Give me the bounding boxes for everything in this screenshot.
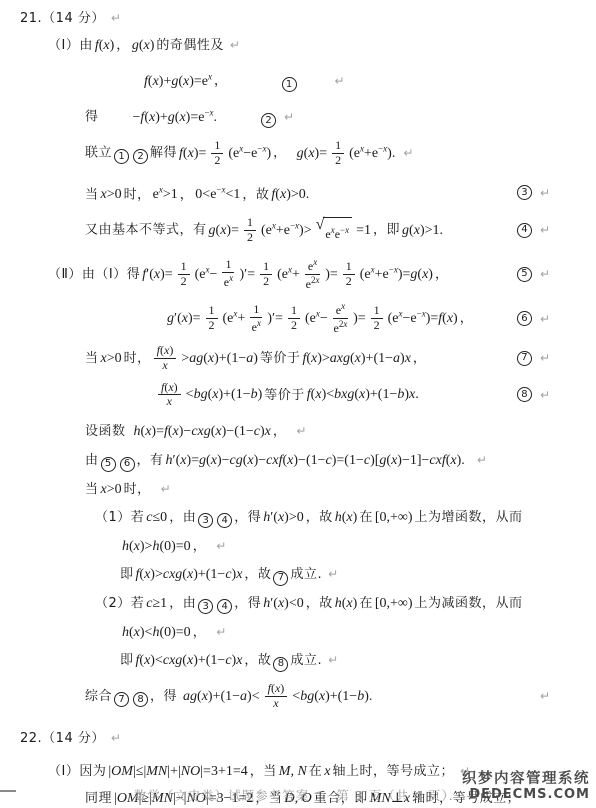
fraction-numerator: f(x): [154, 344, 177, 359]
radicand: exe−x: [323, 217, 352, 244]
line-content: h(x)>h(0)=0，↵: [120, 536, 226, 557]
math-run: h(x): [335, 596, 358, 611]
text-run: ，得: [150, 689, 177, 704]
fraction: 12: [332, 139, 344, 168]
fraction-numerator: 1: [244, 216, 256, 231]
fraction-denominator: 2: [291, 319, 297, 333]
paragraph-mark-icon: ↵: [210, 539, 226, 553]
math-run: f(x)>0.: [271, 187, 309, 202]
circled-number: 8: [133, 692, 148, 707]
text-run: 22.（14 分）: [20, 731, 105, 746]
math-run: g(x): [132, 38, 155, 53]
fraction: exe2x: [333, 301, 348, 336]
circled-number: 1: [282, 77, 297, 92]
text-run: 即: [120, 653, 134, 668]
text-run: ，故: [244, 567, 271, 582]
text-line: 当x>0时，ex>1，0<e−x<1，故f(x)>0.3↵: [0, 180, 596, 206]
text-line: （2）若c≥1，由34，得h′(x)<0，故h(x)在[0,+∞)上为减函数，从…: [0, 594, 596, 615]
math-run: |OM|≤|MN|+|NO|=3+1=4: [108, 764, 247, 779]
math-run: h(x)<h(0)=0: [122, 625, 191, 640]
math-run: −f(x)+g(x)=e−x.: [133, 110, 218, 125]
circled-number: 2: [261, 113, 276, 128]
text-run: ，: [273, 146, 287, 161]
paragraph-mark-icon: ↵: [534, 348, 550, 368]
fraction-denominator: x: [167, 395, 172, 409]
math-run: f(x)=: [179, 146, 206, 161]
text-run: ，: [193, 539, 207, 554]
circled-number: 3: [198, 599, 213, 614]
line-content: 当x>0时，ex>1，0<e−x<1，故f(x)>0.: [85, 180, 311, 206]
fraction: 12: [206, 304, 218, 333]
math-run: f(x)>axg(x)+(1−a)x: [302, 351, 410, 366]
circled-number: 7: [114, 692, 129, 707]
math-run: (ex+: [223, 311, 246, 326]
math-run: (ex+e−x)>: [261, 223, 312, 238]
fraction-denominator: 2: [247, 231, 253, 245]
math-run: (ex−e−x): [228, 146, 271, 161]
fraction-denominator: ex: [252, 318, 261, 335]
text-run: ，: [273, 424, 287, 439]
fraction: f(x)x: [154, 344, 177, 373]
equation-tag: 8↵: [515, 385, 550, 405]
square-root: √exe−x: [316, 217, 353, 244]
watermark-cn-text: 织梦内容管理系统: [462, 771, 590, 788]
text-run: 由: [85, 453, 99, 468]
fraction: f(x)x: [265, 682, 288, 711]
text-line: （Ⅱ）由（Ⅰ）得f′(x)=12(ex−1ex)′=12(ex+exe2x)=1…: [0, 257, 596, 292]
text-run: （Ⅱ）由（Ⅰ）得: [48, 267, 140, 282]
fraction-numerator: f(x): [265, 682, 288, 697]
fraction-numerator: 1: [250, 303, 262, 318]
math-run: f(x)+g(x)=ex: [144, 74, 212, 89]
line-content: （Ⅰ）由f(x)，g(x)的奇偶性及↵: [48, 35, 240, 56]
text-run: 即: [120, 567, 134, 582]
fraction: 12: [178, 260, 190, 289]
text-line: 联立12解得f(x)=12(ex−e−x)，g(x)=12(ex+e−x).↵: [0, 138, 596, 167]
text-line: （1）若c≤0，由34，得h′(x)>0，故h(x)在[0,+∞)上为增函数，从…: [0, 508, 596, 529]
paragraph-mark-icon: ↵: [105, 11, 121, 25]
paragraph-mark-icon: ↵: [278, 110, 294, 124]
math-run: c≥1: [146, 596, 167, 611]
fraction-denominator: 2: [374, 319, 380, 333]
math-run: g(x)>1.: [402, 223, 443, 238]
text-run: 在: [359, 510, 373, 525]
math-run: )=: [325, 267, 338, 282]
math-run: c≤0: [146, 510, 167, 525]
text-line: （Ⅰ）由f(x)，g(x)的奇偶性及↵: [0, 35, 596, 56]
text-run: 时，: [124, 351, 151, 366]
fraction-denominator: x: [162, 359, 167, 373]
text-run: ，即: [373, 223, 400, 238]
line-content: （Ⅱ）由（Ⅰ）得f′(x)=12(ex−1ex)′=12(ex+exe2x)=1…: [48, 257, 448, 292]
math-run: <bg(x)+(1−b).: [292, 689, 372, 704]
text-run: 等价于: [260, 351, 301, 366]
line-content: 得−f(x)+g(x)=e−x.2↵: [85, 102, 294, 128]
text-run: ，: [214, 74, 228, 89]
line-content: （1）若c≤0，由34，得h′(x)>0，故h(x)在[0,+∞)上为增函数，从…: [95, 508, 523, 529]
paragraph-mark-icon: ↵: [105, 731, 121, 745]
text-line: 得−f(x)+g(x)=e−x.2↵: [0, 102, 596, 128]
math-run: f′(x)=: [142, 267, 172, 282]
math-run: ag(x)+(1−a)<: [183, 689, 260, 704]
line-content: 当x>0时，f(x)x>ag(x)+(1−a)等价于f(x)>axg(x)+(1…: [85, 344, 426, 373]
text-run: 轴上时，等号成立；: [333, 764, 455, 779]
circled-number: 7: [273, 571, 288, 586]
text-run: ，得: [234, 510, 261, 525]
circled-number: 7: [517, 351, 532, 366]
text-run: 在: [309, 764, 323, 779]
circled-number: 3: [517, 185, 532, 200]
math-run: h(x)>h(0)=0: [122, 539, 191, 554]
text-run: ，故: [244, 653, 271, 668]
line-content: 联立12解得f(x)=12(ex−e−x)，g(x)=12(ex+e−x).↵: [85, 138, 413, 167]
text-line: 当x>0时，f(x)x>ag(x)+(1−a)等价于f(x)>axg(x)+(1…: [0, 344, 596, 373]
math-run: )′=: [239, 267, 255, 282]
line-content: 综合78，得ag(x)+(1−a)<f(x)x<bg(x)+(1−b).: [85, 682, 374, 711]
math-run: h(x)=f(x)−cxg(x)−(1−c)x: [134, 424, 271, 439]
line-content: 当x>0时，↵: [85, 479, 171, 500]
text-line: 即f(x)<cxg(x)+(1−c)x，故8成立.↵: [0, 650, 596, 672]
equation-tag: 6↵: [515, 309, 550, 329]
text-line: 综合78，得ag(x)+(1−a)<f(x)x<bg(x)+(1−b).↵: [0, 682, 596, 711]
equation-tag: 5↵: [515, 264, 550, 284]
fraction-denominator: ex: [224, 273, 233, 290]
fraction-denominator: 2: [209, 319, 215, 333]
text-run: ，由: [169, 596, 196, 611]
fraction-numerator: f(x): [158, 381, 181, 396]
math-run: M, N: [279, 764, 307, 779]
text-run: 等价于: [264, 387, 305, 402]
paragraph-mark-icon: ↵: [471, 453, 487, 467]
text-run: ，有: [137, 453, 164, 468]
line-content: 22.（14 分）↵: [20, 728, 121, 749]
text-run: （Ⅰ）因为: [48, 764, 106, 779]
fraction-numerator: ex: [305, 257, 320, 275]
circled-number: 3: [198, 513, 213, 528]
math-run: [0,+∞): [375, 510, 413, 525]
text-run: 当: [85, 351, 99, 366]
document-page: 21.（14 分）↵（Ⅰ）由f(x)，g(x)的奇偶性及↵f(x)+g(x)=e…: [0, 0, 596, 808]
line-content: 又由基本不等式，有g(x)=12(ex+e−x)>√exe−x=1，即g(x)>…: [85, 215, 445, 244]
paragraph-mark-icon: ↵: [534, 264, 550, 284]
text-run: ，由: [169, 510, 196, 525]
equation-tag: 4↵: [515, 220, 550, 240]
text-run: ，: [460, 311, 474, 326]
line-content: h(x)<h(0)=0，↵: [120, 622, 226, 643]
fraction-denominator: 2: [181, 275, 187, 289]
paragraph-mark-icon: ↵: [534, 183, 550, 203]
text-run: （Ⅰ）由: [48, 38, 93, 53]
fraction-numerator: 1: [222, 258, 234, 273]
text-run: 解得: [150, 146, 177, 161]
text-line: 21.（14 分）↵: [0, 8, 596, 29]
text-run: 上为增函数，从而: [415, 510, 523, 525]
text-run: （2）若: [95, 596, 144, 611]
math-run: 0<e−x<1: [195, 187, 240, 202]
fraction: 1ex: [250, 303, 262, 335]
paragraph-mark-icon: ↵: [224, 38, 240, 52]
circled-number: 6: [517, 311, 532, 326]
fraction-denominator: e2x: [306, 275, 320, 292]
fraction-numerator: 1: [178, 260, 190, 275]
math-run: [0,+∞): [375, 596, 413, 611]
circled-number: 4: [217, 599, 232, 614]
circled-number: 1: [114, 149, 129, 164]
text-run: 综合: [85, 689, 112, 704]
fraction-denominator: e2x: [333, 319, 347, 336]
text-line: 由56，有h′(x)=g(x)−cg(x)−cxf(x)−(1−c)=(1−c)…: [0, 450, 596, 472]
math-run: f(x): [95, 38, 114, 53]
math-run: g′(x)=: [167, 311, 201, 326]
circled-number: 2: [133, 149, 148, 164]
circled-number: 5: [517, 267, 532, 282]
spacer: [228, 84, 280, 85]
text-line: h(x)<h(0)=0，↵: [0, 622, 596, 643]
line-content: 由56，有h′(x)=g(x)−cg(x)−cxf(x)−(1−c)=(1−c)…: [85, 450, 487, 472]
text-run: 的奇偶性及: [156, 38, 224, 53]
math-run: (ex+e−x)=g(x): [360, 267, 433, 282]
text-run: ，: [116, 38, 130, 53]
text-line: 22.（14 分）↵: [0, 728, 596, 749]
text-run: 上为减函数，从而: [415, 596, 523, 611]
equation-tag: ↵: [534, 686, 550, 706]
solution-text: 21.（14 分）↵（Ⅰ）由f(x)，g(x)的奇偶性及↵f(x)+g(x)=e…: [0, 8, 596, 808]
text-run: ，: [413, 351, 427, 366]
line-content: f(x)x<bg(x)+(1−b)等价于f(x)<bxg(x)+(1−b)x.: [155, 381, 421, 410]
line-content: 即f(x)>cxg(x)+(1−c)x，故7成立.↵: [120, 564, 338, 586]
math-run: )′=: [267, 311, 283, 326]
text-run: 在: [359, 596, 373, 611]
paragraph-mark-icon: ↵: [534, 385, 550, 405]
spacer: [219, 120, 259, 121]
fraction-denominator: x: [273, 697, 278, 711]
math-run: (ex−: [305, 311, 328, 326]
text-run: 得: [85, 110, 99, 125]
fraction: f(x)x: [158, 381, 181, 410]
math-run: x>0: [101, 351, 122, 366]
text-run: 设函数: [85, 424, 126, 439]
math-run: h(x): [335, 510, 358, 525]
math-run: (ex−e−x)=f(x): [388, 311, 458, 326]
fraction-denominator: 2: [335, 154, 341, 168]
math-run: f(x)<cxg(x)+(1−c)x: [136, 653, 243, 668]
line-content: （Ⅰ）因为|OM|≤|MN|+|NO|=3+1=4，当M, N在x轴上时，等号成…: [48, 761, 470, 782]
watermark-en-text: DEDECMS.COM: [462, 788, 590, 803]
fraction: 12: [260, 260, 272, 289]
line-content: （2）若c≥1，由34，得h′(x)<0，故h(x)在[0,+∞)上为减函数，从…: [95, 594, 523, 615]
fraction-numerator: 1: [211, 139, 223, 154]
text-run: 又由基本不等式，有: [85, 223, 207, 238]
math-run: h′(x)=g(x)−cg(x)−cxf(x)−(1−c)=(1−c)[g(x)…: [166, 453, 465, 468]
text-line: 即f(x)>cxg(x)+(1−c)x，故7成立.↵: [0, 564, 596, 586]
math-run: ex>1: [153, 187, 178, 202]
math-run: h′(x)>0: [263, 510, 304, 525]
fraction: 12: [211, 139, 223, 168]
circled-number: 6: [120, 457, 135, 472]
math-run: f(x)<bxg(x)+(1−b)x.: [307, 387, 419, 402]
text-run: 时，: [124, 187, 151, 202]
text-line: 设函数h(x)=f(x)−cxg(x)−(1−c)x，↵: [0, 421, 596, 442]
circled-number: 5: [101, 457, 116, 472]
circled-number: 8: [273, 657, 288, 672]
text-line: f(x)+g(x)=ex，1↵: [0, 66, 596, 92]
equation-tag: 7↵: [515, 348, 550, 368]
text-line: h(x)>h(0)=0，↵: [0, 536, 596, 557]
math-run: >ag(x)+(1−a): [181, 351, 258, 366]
paragraph-mark-icon: ↵: [534, 220, 550, 240]
text-run: ，故: [242, 187, 269, 202]
line-content: 设函数h(x)=f(x)−cxg(x)−(1−c)x，↵: [85, 421, 306, 442]
math-run: =1: [356, 223, 371, 238]
text-run: ，故: [306, 596, 333, 611]
text-run: 21.（14 分）: [20, 11, 105, 26]
math-run: g(x)=: [209, 223, 239, 238]
text-run: 当: [85, 482, 99, 497]
circled-number: 4: [517, 223, 532, 238]
math-run: g(x)=: [297, 146, 327, 161]
equation-tag: 3↵: [515, 183, 550, 203]
text-run: 时，: [124, 482, 151, 497]
text-run: ，得: [234, 596, 261, 611]
math-run: <bg(x)+(1−b): [186, 387, 263, 402]
text-run: （1）若: [95, 510, 144, 525]
text-line: f(x)x<bg(x)+(1−b)等价于f(x)<bxg(x)+(1−b)x.8…: [0, 381, 596, 410]
fraction-denominator: 2: [263, 275, 269, 289]
text-run: 成立.: [290, 653, 322, 668]
paragraph-mark-icon: ↵: [322, 653, 338, 667]
fraction: 12: [343, 260, 355, 289]
text-line: 又由基本不等式，有g(x)=12(ex+e−x)>√exe−x=1，即g(x)>…: [0, 215, 596, 244]
text-run: ，: [180, 187, 194, 202]
spacer: [126, 434, 132, 435]
text-run: 联立: [85, 146, 112, 161]
math-run: (ex+e−x).: [349, 146, 395, 161]
text-run: ，: [435, 267, 449, 282]
text-run: ，当: [250, 764, 277, 779]
fraction: exe2x: [305, 257, 320, 292]
line-content: 21.（14 分）↵: [20, 8, 121, 29]
line-content: f(x)+g(x)=ex，1↵: [142, 66, 345, 92]
line-content: 即f(x)<cxg(x)+(1−c)x，故8成立.↵: [120, 650, 338, 672]
text-run: 成立.: [290, 567, 322, 582]
fraction: 12: [244, 216, 256, 245]
paragraph-mark-icon: ↵: [534, 686, 550, 706]
text-line: g′(x)=12(ex+1ex)′=12(ex−exe2x)=12(ex−e−x…: [0, 301, 596, 336]
math-run: h′(x)<0: [263, 596, 304, 611]
math-run: x>0: [101, 187, 122, 202]
line-content: g′(x)=12(ex+1ex)′=12(ex−exe2x)=12(ex−e−x…: [165, 301, 473, 336]
fraction: 12: [371, 304, 383, 333]
paragraph-mark-icon: ↵: [534, 309, 550, 329]
fraction-numerator: 1: [371, 304, 383, 319]
spacer: [177, 699, 181, 700]
watermark: 织梦内容管理系统 DEDECMS.COM: [462, 771, 590, 803]
text-run: ，: [193, 625, 207, 640]
paragraph-mark-icon: ↵: [397, 146, 413, 160]
paragraph-mark-icon: ↵: [329, 74, 345, 88]
fraction-numerator: 1: [343, 260, 355, 275]
fraction-denominator: 2: [346, 275, 352, 289]
fraction-numerator: 1: [332, 139, 344, 154]
paragraph-mark-icon: ↵: [155, 482, 171, 496]
math-run: (ex−: [195, 267, 218, 282]
spacer: [287, 156, 295, 157]
paragraph-mark-icon: ↵: [290, 424, 306, 438]
circled-number: 8: [517, 387, 532, 402]
math-run: (ex+: [277, 267, 300, 282]
spacer: [299, 84, 329, 85]
paragraph-mark-icon: ↵: [210, 625, 226, 639]
fraction-numerator: ex: [333, 301, 348, 319]
fraction-numerator: 1: [260, 260, 272, 275]
fraction: 1ex: [222, 258, 234, 290]
paragraph-mark-icon: ↵: [322, 567, 338, 581]
fraction: 12: [288, 304, 300, 333]
fraction-numerator: 1: [206, 304, 218, 319]
math-run: x>0: [101, 482, 122, 497]
circled-number: 4: [217, 513, 232, 528]
text-run: ，故: [306, 510, 333, 525]
math-run: )=: [353, 311, 366, 326]
text-line: 当x>0时，↵: [0, 479, 596, 500]
text-run: 当: [85, 187, 99, 202]
fraction-numerator: 1: [288, 304, 300, 319]
spacer: [99, 120, 131, 121]
math-run: x: [324, 764, 330, 779]
fraction-denominator: 2: [214, 154, 220, 168]
math-run: f(x)>cxg(x)+(1−c)x: [136, 567, 243, 582]
